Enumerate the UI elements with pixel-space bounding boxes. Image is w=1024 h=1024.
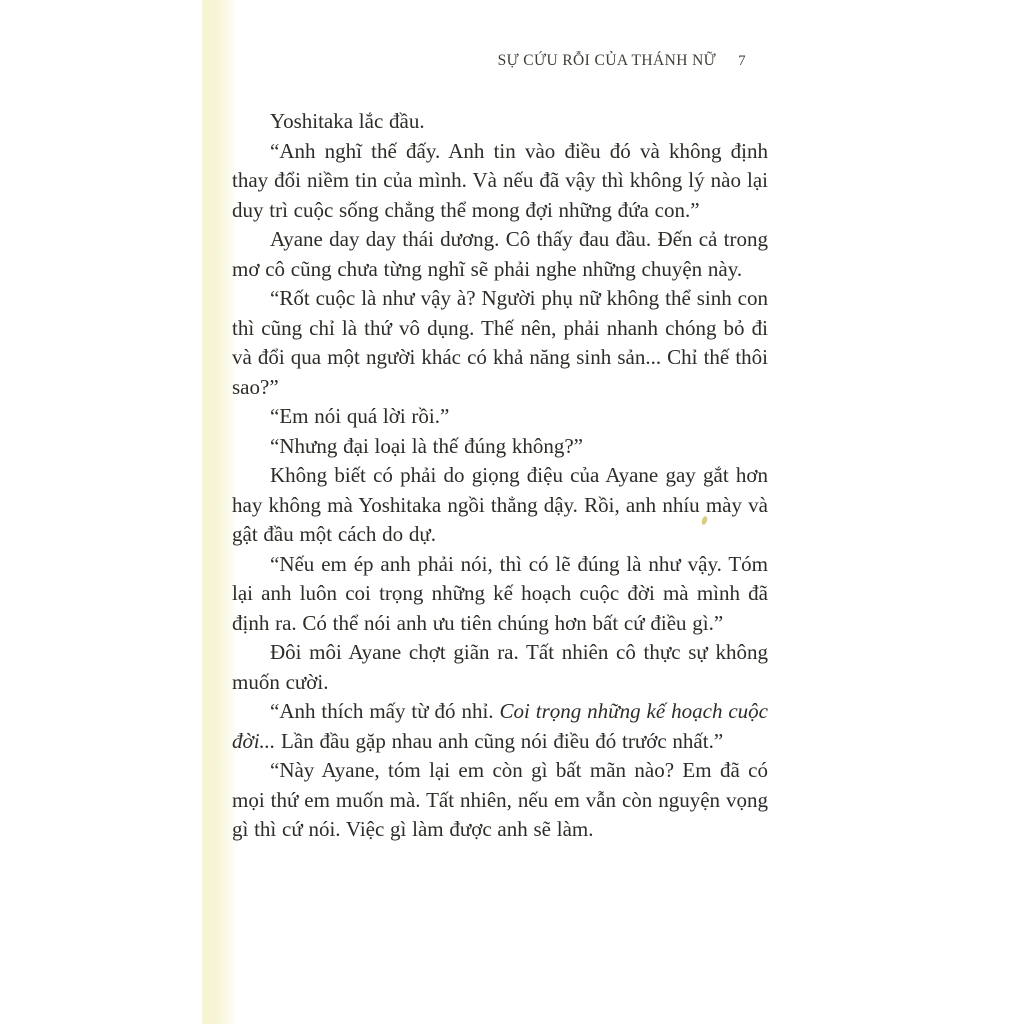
text-run: Đôi môi Ayane chợt giãn ra. Tất nhiên cô…: [232, 640, 768, 694]
page-header: SỰ CỨU RỖI CỦA THÁNH NỮ 7: [232, 52, 746, 70]
text-run: “Anh nghĩ thế đấy. Anh tin vào điều đó v…: [232, 139, 768, 222]
body-paragraph: Đôi môi Ayane chợt giãn ra. Tất nhiên cô…: [232, 638, 768, 697]
body-paragraph: “Rốt cuộc là như vậy à? Người phụ nữ khô…: [232, 284, 768, 402]
body-paragraph: “Anh thích mấy từ đó nhỉ. Coi trọng nhữn…: [232, 697, 768, 756]
text-run: Không biết có phải do giọng điệu của Aya…: [232, 463, 768, 546]
text-run: “Nhưng đại loại là thế đúng không?”: [270, 434, 583, 458]
body-text: Yoshitaka lắc đầu.“Anh nghĩ thế đấy. Anh…: [232, 107, 768, 845]
book-page-photo: SỰ CỨU RỖI CỦA THÁNH NỮ 7 Yoshitaka lắc …: [0, 0, 1024, 1024]
body-paragraph: Ayane day day thái dương. Cô thấy đau đầ…: [232, 225, 768, 284]
text-run: “Em nói quá lời rồi.”: [270, 404, 449, 428]
body-paragraph: “Nếu em ép anh phải nói, thì có lẽ đúng …: [232, 550, 768, 639]
text-run: Yoshitaka lắc đầu.: [270, 109, 425, 133]
body-paragraph: “Em nói quá lời rồi.”: [232, 402, 768, 432]
page-number: 7: [738, 53, 746, 70]
text-run: “Nếu em ép anh phải nói, thì có lẽ đúng …: [232, 552, 768, 635]
body-paragraph: “Anh nghĩ thế đấy. Anh tin vào điều đó v…: [232, 137, 768, 226]
text-run: “Này Ayane, tóm lại em còn gì bất mãn nà…: [232, 758, 768, 841]
body-paragraph: Yoshitaka lắc đầu.: [232, 107, 768, 137]
text-run: “Anh thích mấy từ đó nhỉ.: [270, 699, 499, 723]
text-run: “Rốt cuộc là như vậy à? Người phụ nữ khô…: [232, 286, 768, 399]
body-paragraph: Không biết có phải do giọng điệu của Aya…: [232, 461, 768, 550]
text-run: Ayane day day thái dương. Cô thấy đau đầ…: [232, 227, 768, 281]
body-paragraph: “Nhưng đại loại là thế đúng không?”: [232, 432, 768, 462]
text-run: Lần đầu gặp nhau anh cũng nói điều đó tr…: [275, 729, 723, 753]
body-paragraph: “Này Ayane, tóm lại em còn gì bất mãn nà…: [232, 756, 768, 845]
running-title: SỰ CỨU RỖI CỦA THÁNH NỮ: [498, 52, 717, 70]
